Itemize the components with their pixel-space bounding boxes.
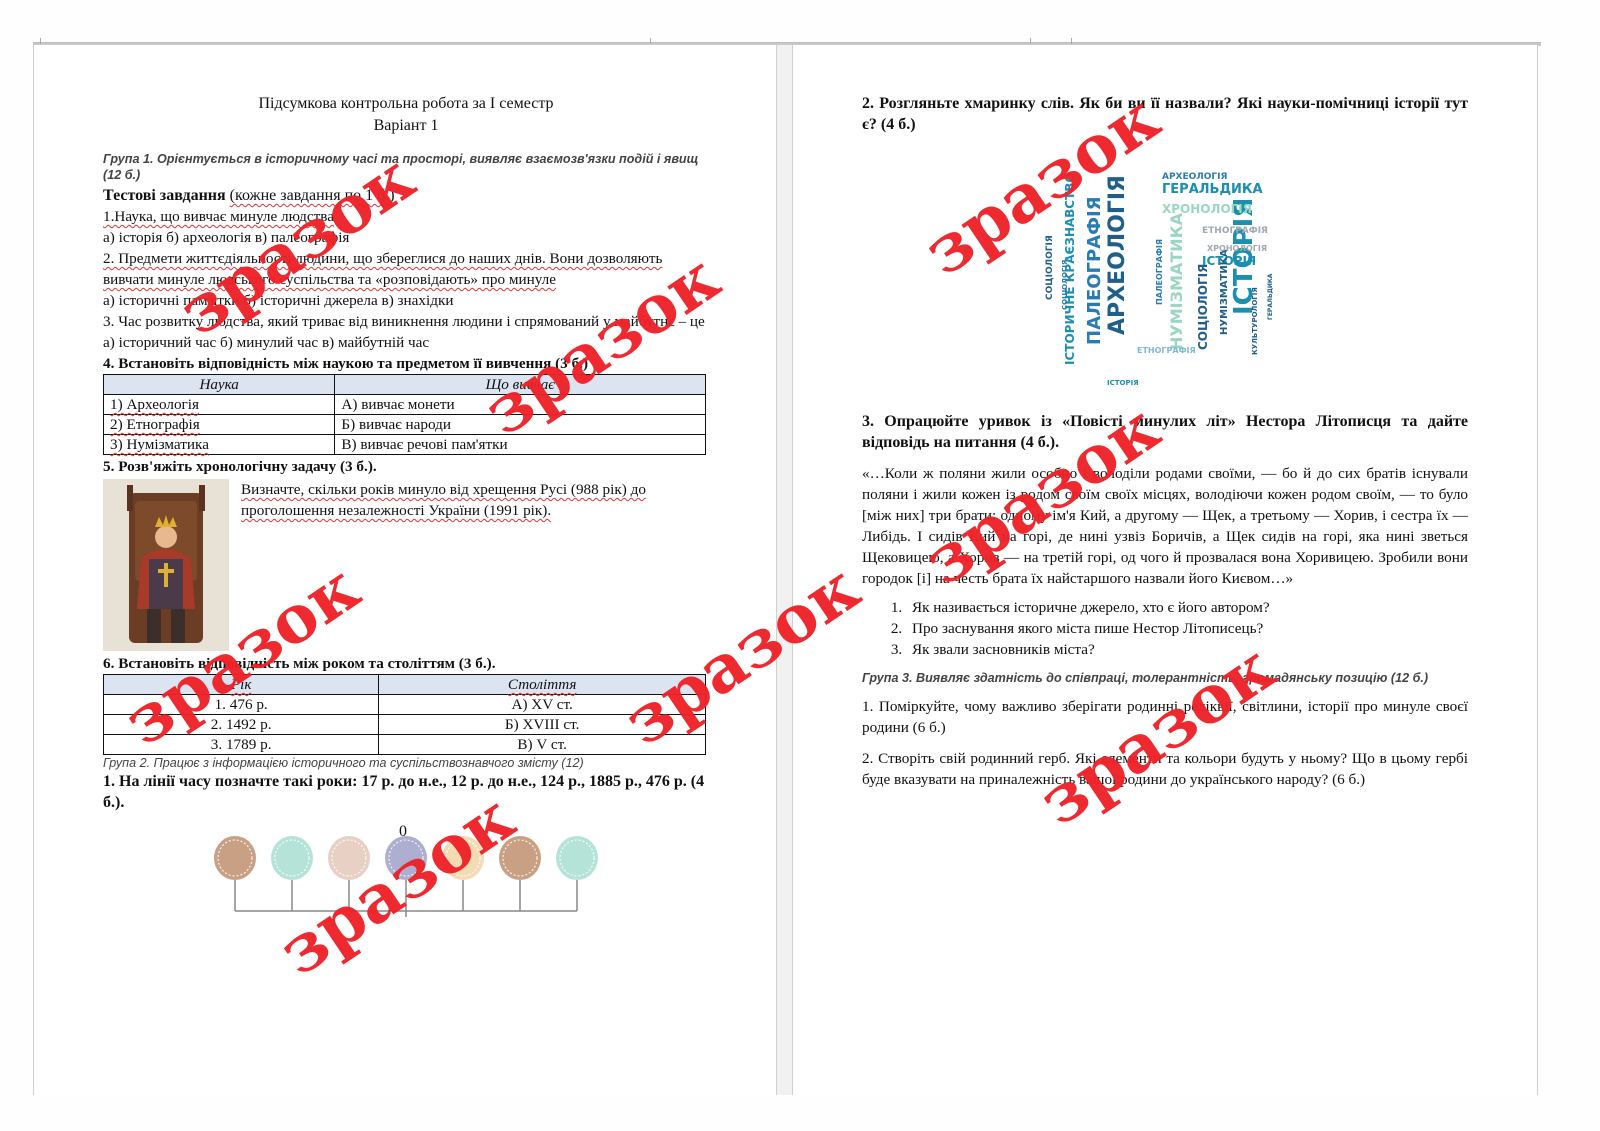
task4-heading: 4. Встановіть відповідність між наукою т… — [103, 353, 709, 374]
group2-heading: Група 2. Працює з інформацією історичног… — [103, 755, 709, 771]
ruler-right-indent-marker[interactable] — [650, 38, 651, 44]
task5-text: Визначте, скільки років минуло від хреще… — [241, 479, 701, 651]
table-cell: 2) Етнографія — [104, 415, 335, 435]
table-row: 2. 1492 р.Б) XVIII ст. — [104, 715, 706, 735]
table-cell: А) XV ст. — [379, 695, 706, 715]
svg-text:ГЕРАЛЬДИКА: ГЕРАЛЬДИКА — [1162, 182, 1263, 197]
table-row: 3. 1789 р.В) V ст. — [104, 735, 706, 755]
table-row: 1. 476 р.А) XV ст. — [104, 695, 706, 715]
page-gutter — [776, 45, 793, 1095]
variant-title: Варіант 1 — [103, 115, 709, 137]
question-2: 2. Предмети життєдіяльності людини, що з… — [103, 248, 709, 290]
svg-text:НУМІЗМАТИКА: НУМІЗМАТИКА — [1219, 249, 1230, 335]
svg-text:НУМІЗМАТИКА: НУМІЗМАТИКА — [1167, 212, 1186, 350]
svg-text:ХРОНОЛОГІЯ: ХРОНОЛОГІЯ — [1207, 244, 1267, 253]
ruler-tab-marker[interactable] — [1030, 38, 1031, 44]
tests-heading-line: Тестові завдання (кожне завдання по 1 б.… — [103, 185, 709, 206]
table-cell: Б) вивчає народи — [335, 415, 706, 435]
document-page-left: Підсумкова контрольна робота за І семест… — [33, 45, 777, 1095]
group1-heading: Група 1. Орієнтується в історичному часі… — [103, 151, 709, 183]
list-item: Як називається історичне джерело, хто є … — [906, 597, 1468, 618]
list-item: Про заснування якого міста пише Нестор Л… — [906, 618, 1468, 639]
svg-text:ПАЛЕОГРАФІЯ: ПАЛЕОГРАФІЯ — [1084, 196, 1105, 345]
question-3-options: а) історичний час б) минулий час в) майб… — [103, 332, 709, 353]
page-content: Підсумкова контрольна робота за І семест… — [103, 93, 709, 943]
table-cell: 3) Нумізматика — [104, 435, 335, 455]
group2-task3: 3. Опрацюйте уривок із «Повісті минулих … — [862, 411, 1468, 453]
svg-text:АРХЕОЛОГІЯ: АРХЕОЛОГІЯ — [1105, 175, 1130, 335]
table-cell: А) вивчає монети — [335, 395, 706, 415]
table-row: 1) АрхеологіяА) вивчає монети — [104, 395, 706, 415]
word-cloud-graphic: ІСТОРІЯАРХЕОЛОГІЯПАЛЕОГРАФІЯГЕРАЛЬДИКАХР… — [862, 135, 1468, 405]
king-on-throne-image — [103, 479, 229, 651]
document-title: Підсумкова контрольна робота за І семест… — [103, 93, 709, 115]
ruler-tab-marker[interactable] — [1071, 38, 1072, 44]
tests-note: (кожне завдання по 1 б.) — [230, 187, 395, 204]
group2-task1: 1. На лінії часу позначте такі роки: 17 … — [103, 771, 709, 813]
chronicle-quote: «…Коли ж поляни жили особно і володіли р… — [862, 463, 1468, 589]
table-row: 3) НумізматикаВ) вивчає речові пам'ятки — [104, 435, 706, 455]
table-header: Століття — [379, 675, 706, 695]
table-header: Що вивчає — [335, 375, 706, 395]
table-cell: 2. 1492 р. — [104, 715, 379, 735]
ruler-left-indent-marker[interactable] — [40, 38, 41, 44]
task5-block: Визначте, скільки років минуло від хреще… — [103, 479, 709, 651]
svg-text:КУЛЬТУРОЛОГІЯ: КУЛЬТУРОЛОГІЯ — [1251, 287, 1259, 355]
task6-heading: 6. Встановіть відповідність між роком та… — [103, 653, 709, 674]
table-row: 2) ЕтнографіяБ) вивчає народи — [104, 415, 706, 435]
table-cell: В) вивчає речові пам'ятки — [335, 435, 706, 455]
table-cell: 3. 1789 р. — [104, 735, 379, 755]
table-cell: 1) Археологія — [104, 395, 335, 415]
question-3: 3. Час розвитку людства, який триває від… — [103, 311, 709, 332]
table-cell: 1. 476 р. — [104, 695, 379, 715]
svg-text:ЕТНОГРАФІЯ: ЕТНОГРАФІЯ — [1202, 226, 1268, 236]
svg-text:ІСТОРІЯ: ІСТОРІЯ — [1107, 379, 1139, 387]
question-list: Як називається історичне джерело, хто є … — [862, 597, 1468, 660]
page-content: 2. Розгляньте хмаринку слів. Як би ви її… — [862, 93, 1468, 790]
list-item: Як звали засновників міста? — [906, 639, 1468, 660]
table-cell: В) V ст. — [379, 735, 706, 755]
svg-text:АРХЕОЛОГІЯ: АРХЕОЛОГІЯ — [1162, 172, 1228, 182]
task4-table: Наука Що вивчає 1) АрхеологіяА) вивчає м… — [103, 374, 706, 455]
task5-heading: 5. Розв'яжіть хронологічну задачу (3 б.)… — [103, 456, 709, 477]
table-cell: Б) XVIII ст. — [379, 715, 706, 735]
svg-text:ГЕРАЛЬДИКА: ГЕРАЛЬДИКА — [1267, 273, 1274, 320]
group3-task2: 2. Створіть свій родинний герб. Які елем… — [862, 748, 1468, 790]
svg-text:ЕТНОГРАФІЯ: ЕТНОГРАФІЯ — [1137, 346, 1196, 355]
question-1-options: а) історія б) археологія в) палеографія — [103, 227, 709, 248]
document-page-right: 2. Розгляньте хмаринку слів. Як би ви її… — [792, 45, 1538, 1095]
timeline-diagram: 0 — [103, 813, 709, 943]
timeline-zero-label: 0 — [399, 821, 407, 842]
table-header: Рік — [104, 675, 379, 695]
task6-table: Рік Століття 1. 476 р.А) XV ст. 2. 1492 … — [103, 674, 706, 755]
tests-heading: Тестові завдання — [103, 187, 226, 204]
word-cloud-image: ІСТОРІЯАРХЕОЛОГІЯПАЛЕОГРАФІЯГЕРАЛЬДИКАХР… — [862, 135, 1468, 405]
svg-text:СОЦІОЛОГІЯ: СОЦІОЛОГІЯ — [1061, 260, 1069, 310]
svg-text:СОЦІОЛОГІЯ: СОЦІОЛОГІЯ — [1196, 264, 1210, 350]
group3-task1: 1. Поміркуйте, чому важливо зберігати ро… — [862, 696, 1468, 738]
question-2-options: а) історичні пам'ятки б) історичні джере… — [103, 290, 709, 311]
svg-text:СОЦІОЛОГІЯ: СОЦІОЛОГІЯ — [1045, 235, 1055, 300]
table-header: Наука — [104, 375, 335, 395]
question-1: 1.Наука, що вивчає минуле людства — [103, 206, 709, 227]
svg-text:ПАЛЕОГРАФІЯ: ПАЛЕОГРАФІЯ — [1155, 239, 1164, 305]
group2-task2: 2. Розгляньте хмаринку слів. Як би ви її… — [862, 93, 1468, 135]
group3-heading: Група 3. Виявляє здатність до співпраці,… — [862, 670, 1468, 686]
